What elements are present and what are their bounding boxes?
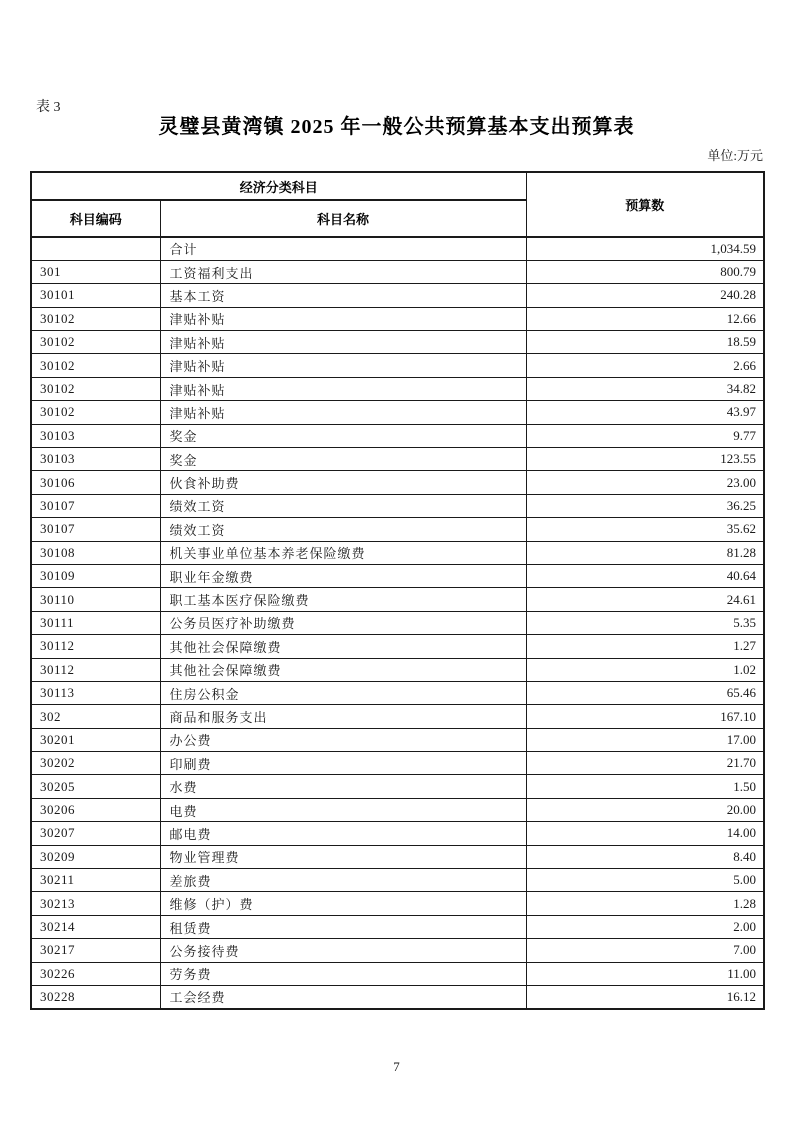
table-row: 30102津贴补贴18.59 xyxy=(31,331,764,354)
cell-name: 水费 xyxy=(160,775,526,798)
header-budget-amount: 预算数 xyxy=(526,172,764,237)
cell-code xyxy=(31,237,160,260)
cell-value: 11.00 xyxy=(526,962,764,985)
cell-value: 5.35 xyxy=(526,611,764,634)
cell-value: 24.61 xyxy=(526,588,764,611)
cell-name: 其他社会保障缴费 xyxy=(160,635,526,658)
cell-value: 8.40 xyxy=(526,845,764,868)
table-row: 30202印刷费21.70 xyxy=(31,752,764,775)
budget-table-header: 经济分类科目 预算数 科目编码 科目名称 xyxy=(31,172,764,237)
cell-name: 津贴补贴 xyxy=(160,307,526,330)
cell-value: 1.28 xyxy=(526,892,764,915)
cell-code: 30112 xyxy=(31,635,160,658)
cell-name: 商品和服务支出 xyxy=(160,705,526,728)
cell-code: 30206 xyxy=(31,798,160,821)
cell-code: 30205 xyxy=(31,775,160,798)
cell-code: 30113 xyxy=(31,681,160,704)
cell-value: 18.59 xyxy=(526,331,764,354)
cell-name: 工资福利支出 xyxy=(160,260,526,283)
cell-code: 302 xyxy=(31,705,160,728)
cell-code: 30101 xyxy=(31,284,160,307)
table-row: 30102津贴补贴12.66 xyxy=(31,307,764,330)
cell-code: 30226 xyxy=(31,962,160,985)
cell-name: 奖金 xyxy=(160,424,526,447)
cell-value: 1,034.59 xyxy=(526,237,764,260)
cell-name: 基本工资 xyxy=(160,284,526,307)
cell-value: 1.50 xyxy=(526,775,764,798)
header-subject-name: 科目名称 xyxy=(160,200,526,237)
table-row: 30102津贴补贴34.82 xyxy=(31,377,764,400)
cell-code: 30207 xyxy=(31,822,160,845)
cell-name: 职工基本医疗保险缴费 xyxy=(160,588,526,611)
cell-value: 14.00 xyxy=(526,822,764,845)
cell-code: 30110 xyxy=(31,588,160,611)
cell-name: 绩效工资 xyxy=(160,494,526,517)
cell-name: 奖金 xyxy=(160,448,526,471)
cell-name: 津贴补贴 xyxy=(160,354,526,377)
cell-name: 物业管理费 xyxy=(160,845,526,868)
cell-value: 800.79 xyxy=(526,260,764,283)
cell-code: 30112 xyxy=(31,658,160,681)
cell-name: 办公费 xyxy=(160,728,526,751)
cell-value: 240.28 xyxy=(526,284,764,307)
cell-value: 34.82 xyxy=(526,377,764,400)
table-row: 30101基本工资240.28 xyxy=(31,284,764,307)
table-row: 30206电费20.00 xyxy=(31,798,764,821)
cell-code: 30209 xyxy=(31,845,160,868)
cell-value: 123.55 xyxy=(526,448,764,471)
cell-value: 35.62 xyxy=(526,518,764,541)
cell-code: 30214 xyxy=(31,915,160,938)
cell-name: 其他社会保障缴费 xyxy=(160,658,526,681)
cell-name: 住房公积金 xyxy=(160,681,526,704)
table-row: 30103奖金9.77 xyxy=(31,424,764,447)
cell-code: 30109 xyxy=(31,564,160,587)
table-row: 30217公务接待费7.00 xyxy=(31,939,764,962)
cell-name: 合计 xyxy=(160,237,526,260)
table-row: 30102津贴补贴43.97 xyxy=(31,401,764,424)
cell-code: 30102 xyxy=(31,377,160,400)
cell-name: 差旅费 xyxy=(160,869,526,892)
table-row: 30205水费1.50 xyxy=(31,775,764,798)
cell-value: 9.77 xyxy=(526,424,764,447)
table-row: 30107绩效工资36.25 xyxy=(31,494,764,517)
cell-code: 30228 xyxy=(31,986,160,1009)
cell-name: 工会经费 xyxy=(160,986,526,1009)
cell-value: 2.00 xyxy=(526,915,764,938)
cell-code: 30103 xyxy=(31,424,160,447)
header-subject-code: 科目编码 xyxy=(31,200,160,237)
cell-code: 30107 xyxy=(31,494,160,517)
table-row: 30213维修（护）费1.28 xyxy=(31,892,764,915)
cell-code: 30202 xyxy=(31,752,160,775)
table-row: 30113住房公积金65.46 xyxy=(31,681,764,704)
budget-table-body: 合计1,034.59301工资福利支出800.7930101基本工资240.28… xyxy=(31,237,764,1009)
table-row: 30103奖金123.55 xyxy=(31,448,764,471)
table-row: 30211差旅费5.00 xyxy=(31,869,764,892)
unit-note: 单位:万元 xyxy=(707,145,763,164)
cell-value: 12.66 xyxy=(526,307,764,330)
cell-code: 301 xyxy=(31,260,160,283)
cell-value: 43.97 xyxy=(526,401,764,424)
cell-value: 65.46 xyxy=(526,681,764,704)
document-page: 表 3 灵璧县黄湾镇 2025 年一般公共预算基本支出预算表 单位:万元 经济分… xyxy=(0,0,793,1122)
page-number: 7 xyxy=(0,1059,793,1075)
table-row: 30228工会经费16.12 xyxy=(31,986,764,1009)
cell-value: 81.28 xyxy=(526,541,764,564)
table-row: 30207邮电费14.00 xyxy=(31,822,764,845)
table-row: 30209物业管理费8.40 xyxy=(31,845,764,868)
cell-value: 20.00 xyxy=(526,798,764,821)
cell-name: 伙食补助费 xyxy=(160,471,526,494)
cell-value: 2.66 xyxy=(526,354,764,377)
cell-code: 30201 xyxy=(31,728,160,751)
cell-code: 30111 xyxy=(31,611,160,634)
table-row: 30106伙食补助费23.00 xyxy=(31,471,764,494)
cell-value: 16.12 xyxy=(526,986,764,1009)
cell-code: 30108 xyxy=(31,541,160,564)
cell-value: 167.10 xyxy=(526,705,764,728)
cell-code: 30103 xyxy=(31,448,160,471)
cell-name: 津贴补贴 xyxy=(160,331,526,354)
cell-value: 1.27 xyxy=(526,635,764,658)
table-row: 30226劳务费11.00 xyxy=(31,962,764,985)
cell-name: 津贴补贴 xyxy=(160,377,526,400)
page-title: 灵璧县黄湾镇 2025 年一般公共预算基本支出预算表 xyxy=(0,110,793,139)
table-row: 30201办公费17.00 xyxy=(31,728,764,751)
table-row: 30112其他社会保障缴费1.27 xyxy=(31,635,764,658)
table-row: 30102津贴补贴2.66 xyxy=(31,354,764,377)
cell-code: 30102 xyxy=(31,354,160,377)
cell-name: 津贴补贴 xyxy=(160,401,526,424)
cell-name: 电费 xyxy=(160,798,526,821)
cell-name: 租赁费 xyxy=(160,915,526,938)
cell-value: 36.25 xyxy=(526,494,764,517)
cell-name: 邮电费 xyxy=(160,822,526,845)
table-row: 30109职业年金缴费40.64 xyxy=(31,564,764,587)
cell-code: 30217 xyxy=(31,939,160,962)
cell-name: 公务员医疗补助缴费 xyxy=(160,611,526,634)
table-row: 30214租赁费2.00 xyxy=(31,915,764,938)
cell-code: 30102 xyxy=(31,331,160,354)
cell-value: 1.02 xyxy=(526,658,764,681)
cell-value: 23.00 xyxy=(526,471,764,494)
table-row: 301工资福利支出800.79 xyxy=(31,260,764,283)
cell-code: 30102 xyxy=(31,401,160,424)
table-row: 302商品和服务支出167.10 xyxy=(31,705,764,728)
cell-code: 30211 xyxy=(31,869,160,892)
table-row: 30112其他社会保障缴费1.02 xyxy=(31,658,764,681)
cell-name: 职业年金缴费 xyxy=(160,564,526,587)
table-row: 合计1,034.59 xyxy=(31,237,764,260)
cell-name: 绩效工资 xyxy=(160,518,526,541)
cell-name: 公务接待费 xyxy=(160,939,526,962)
cell-value: 5.00 xyxy=(526,869,764,892)
cell-name: 维修（护）费 xyxy=(160,892,526,915)
cell-name: 印刷费 xyxy=(160,752,526,775)
table-row: 30107绩效工资35.62 xyxy=(31,518,764,541)
cell-value: 17.00 xyxy=(526,728,764,751)
cell-value: 40.64 xyxy=(526,564,764,587)
cell-value: 21.70 xyxy=(526,752,764,775)
cell-code: 30213 xyxy=(31,892,160,915)
cell-code: 30107 xyxy=(31,518,160,541)
budget-table: 经济分类科目 预算数 科目编码 科目名称 合计1,034.59301工资福利支出… xyxy=(30,171,765,1010)
cell-name: 劳务费 xyxy=(160,962,526,985)
table-row: 30110职工基本医疗保险缴费24.61 xyxy=(31,588,764,611)
cell-name: 机关事业单位基本养老保险缴费 xyxy=(160,541,526,564)
cell-value: 7.00 xyxy=(526,939,764,962)
table-row: 30111公务员医疗补助缴费5.35 xyxy=(31,611,764,634)
table-row: 30108机关事业单位基本养老保险缴费81.28 xyxy=(31,541,764,564)
cell-code: 30102 xyxy=(31,307,160,330)
header-economic-classification: 经济分类科目 xyxy=(31,172,526,200)
cell-code: 30106 xyxy=(31,471,160,494)
